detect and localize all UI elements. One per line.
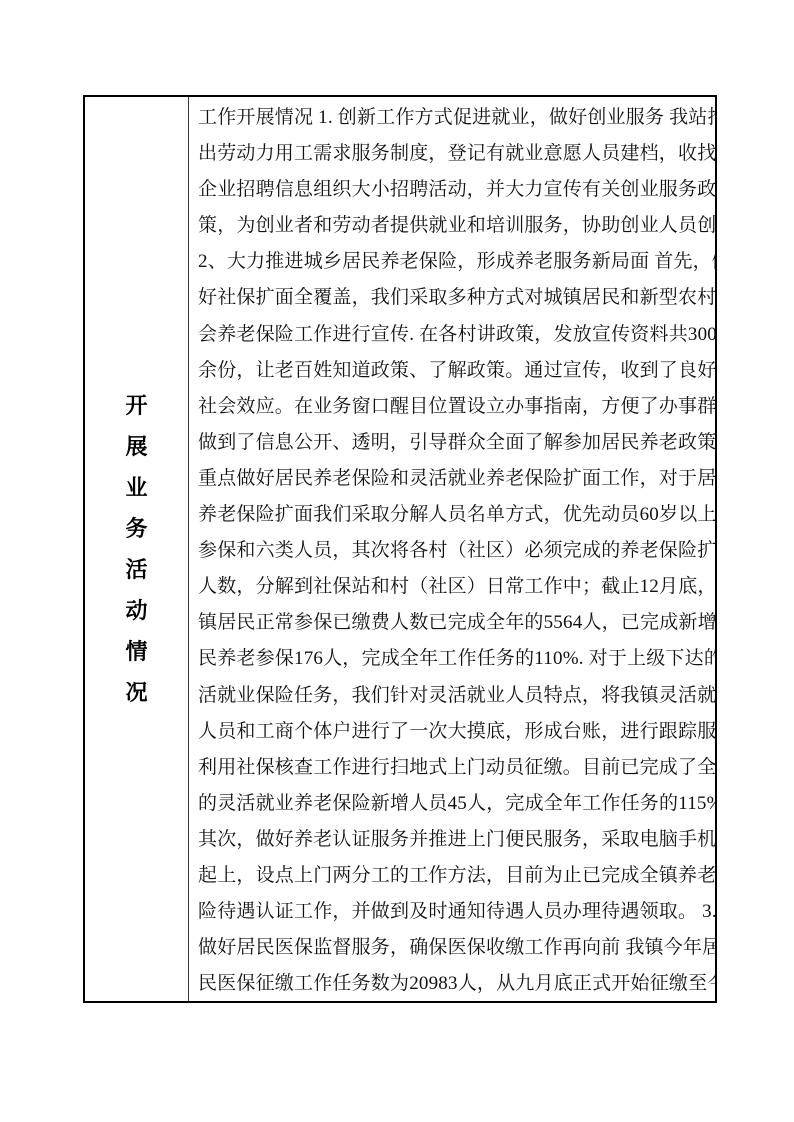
table-header-cell: 开展业务活动情况 — [85, 97, 189, 1001]
text-line: 险待遇认证工作，并做到及时通知待遇人员办理待遇领取。 3. — [198, 894, 709, 930]
text-line: 人数，分解到社保站和村（社区）日常工作中；截止12月底，我 — [198, 569, 709, 605]
text-line: 其次，做好养老认证服务并推进上门便民服务，采取电脑手机一 — [198, 822, 709, 858]
text-line: 出劳动力用工需求服务制度，登记有就业意愿人员建档，收找各 — [198, 136, 709, 172]
text-line: 会养老保险工作进行宣传. 在各村讲政策，发放宣传资料共3000 — [198, 317, 709, 353]
text-line: 民医保征缴工作任务数为20983人，从九月底正式开始征缴至今， — [198, 966, 709, 1001]
text-line: 利用社保核查工作进行扫地式上门动员征缴。目前已完成了全年 — [198, 750, 709, 786]
document-page: 开展业务活动情况 工作开展情况 1. 创新工作方式促进就业，做好创业服务 我站推… — [0, 0, 794, 1122]
table-content-cell: 工作开展情况 1. 创新工作方式促进就业，做好创业服务 我站推 出劳动力用工需求… — [189, 97, 715, 1001]
text-line: 重点做好居民养老保险和灵活就业养老保险扩面工作，对于居民 — [198, 461, 709, 497]
text-line: 工作开展情况 1. 创新工作方式促进就业，做好创业服务 我站推 — [198, 100, 709, 136]
text-line: 参保和六类人员，其次将各村（社区）必须完成的养老保险扩面 — [198, 533, 709, 569]
vertical-row-header: 开展业务活动情况 — [124, 385, 150, 713]
text-line: 养老保险扩面我们采取分解人员名单方式，优先动员60岁以上未 — [198, 497, 709, 533]
text-line: 活就业保险任务，我们针对灵活就业人员特点，将我镇灵活就业 — [198, 678, 709, 714]
text-line: 做好居民医保监督服务，确保医保收缴工作再向前 我镇今年居 — [198, 930, 709, 966]
text-line: 2、大力推进城乡居民养老保险，形成养老服务新局面 首先，做 — [198, 244, 709, 280]
text-line: 起上，设点上门两分工的工作方法，目前为止已完成全镇养老保 — [198, 858, 709, 894]
text-line: 策，为创业者和劳动者提供就业和培训服务，协助创业人员创业。 — [198, 208, 709, 244]
text-line: 社会效应。在业务窗口醒目位置设立办事指南，方便了办事群众， — [198, 389, 709, 425]
text-line: 的灵活就业养老保险新增人员45人，完成全年工作任务的115%。 — [198, 786, 709, 822]
text-line: 余份，让老百姓知道政策、了解政策。通过宣传，收到了良好的 — [198, 353, 709, 389]
text-line: 人员和工商个体户进行了一次大摸底，形成台账，进行跟踪服务， — [198, 714, 709, 750]
text-line: 好社保扩面全覆盖，我们采取多种方式对城镇居民和新型农村社 — [198, 280, 709, 316]
text-line: 民养老参保176人，完成全年工作任务的110%. 对于上级下达的灵 — [198, 641, 709, 677]
report-table: 开展业务活动情况 工作开展情况 1. 创新工作方式促进就业，做好创业服务 我站推… — [83, 95, 717, 1003]
text-line: 企业招聘信息组织大小招聘活动，并大力宣传有关创业服务政 — [198, 172, 709, 208]
text-line: 做到了信息公开、透明，引导群众全面了解参加居民养老政策。 — [198, 425, 709, 461]
text-line: 镇居民正常参保已缴费人数已完成全年的5564人，已完成新增居 — [198, 605, 709, 641]
